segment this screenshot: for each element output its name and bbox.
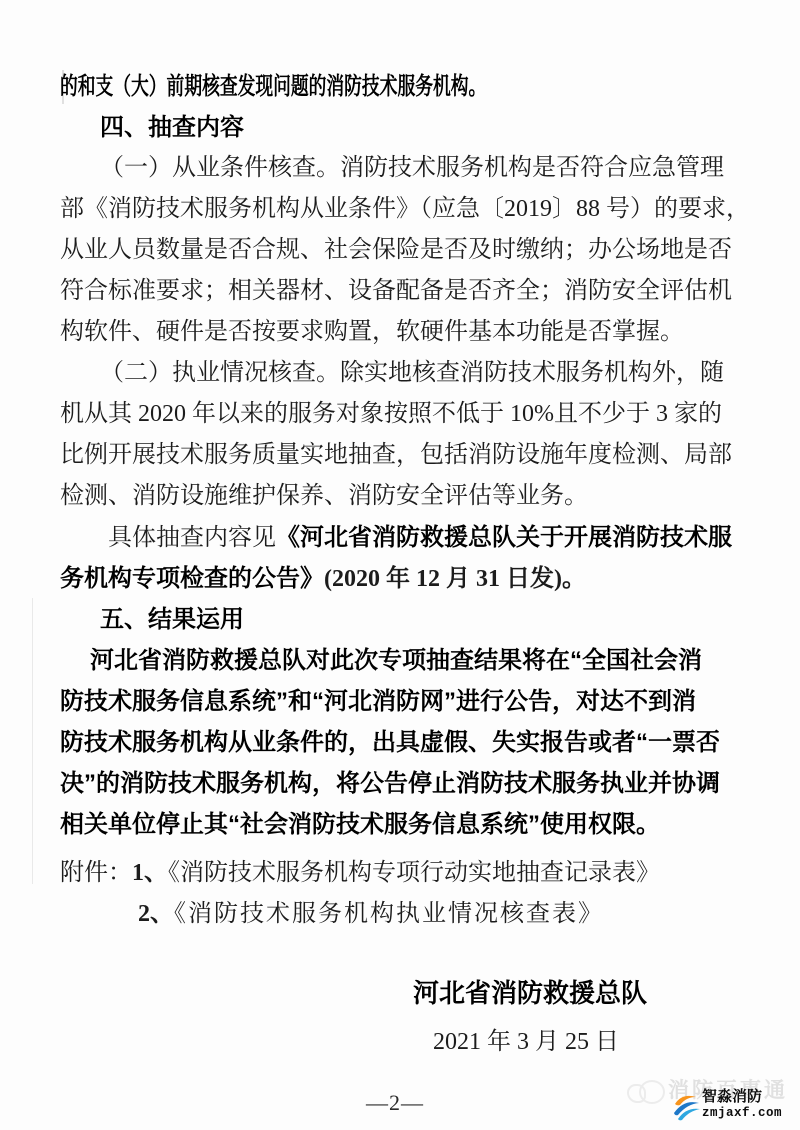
document-body: 的和支（大）前期核查发现问题的消防技术服务机构。 四、抽查内容 （一）从业条件核… bbox=[60, 66, 744, 1063]
body-line: 决”的消防技术服务机构，将公告停止消防技术服务执业并协调 bbox=[60, 763, 744, 804]
section-four-heading: 四、抽查内容 bbox=[60, 107, 744, 148]
body-line: 相关单位停止其“社会消防技术服务信息系统”使用权限。 bbox=[60, 804, 744, 845]
body-line: 从业人员数量是否合规、社会保险是否及时缴纳；办公场地是否 bbox=[60, 230, 744, 271]
section-five-heading: 五、结果运用 bbox=[60, 599, 744, 640]
notice-title-part2: 务机构专项检查的公告》 bbox=[60, 565, 324, 592]
body-line: 构软件、硬件是否按要求购置，软硬件基本功能是否掌握。 bbox=[60, 312, 744, 353]
body-line: 务机构专项检查的公告》(2020 年 12 月 31 日发)。 bbox=[60, 558, 744, 599]
attachments-line-2: 2、《消防技术服务机构执业情况核查表》 bbox=[60, 894, 744, 935]
brand-name-block: 智淼消防 zmjaxf.com bbox=[702, 1089, 782, 1121]
signature-date: 2021 年 3 月 25 日 bbox=[60, 1022, 744, 1063]
body-line: 部《消防技术服务机构从业条件》（应急〔2019〕88 号）的要求， bbox=[60, 189, 744, 230]
notice-title-part1: 《河北省消防救援总队关于开展消防技术服 bbox=[276, 524, 732, 551]
body-line: 防技术服务信息系统”和“河北消防网”进行公告，对达不到消 bbox=[60, 681, 744, 722]
attachment-title-2: 《消防技术服务机构执业情况核查表》 bbox=[174, 901, 604, 927]
signature-organization: 河北省消防救援总队 bbox=[60, 973, 744, 1014]
attachment-number-2: 2、 bbox=[138, 901, 174, 927]
brand-name: 智淼消防 bbox=[702, 1089, 782, 1105]
paragraph-continuation-line: 的和支（大）前期核查发现问题的消防技术服务机构。 bbox=[60, 66, 748, 107]
attachment-title-1: 《消防技术服务机构专项行动实地抽查记录表》 bbox=[168, 860, 660, 886]
body-line: 符合标准要求；相关器材、设备配备是否齐全；消防安全评估机 bbox=[60, 271, 744, 312]
body-line: 比例开展技术服务质量实地抽查，包括消防设施年度检测、局部 bbox=[60, 435, 744, 476]
body-line: 河北省消防救援总队对此次专项抽查结果将在“全国社会消 bbox=[60, 640, 744, 681]
attachment-number-1: 1、 bbox=[132, 860, 168, 886]
notice-date-note: (2020 年 12 月 31 日发)。 bbox=[324, 566, 586, 592]
body-line: 具体抽查内容见《河北省消防救援总队关于开展消防技术服 bbox=[60, 517, 744, 558]
body-line: 机从其 2020 年以来的服务对象按照不低于 10%且不少于 3 家的 bbox=[60, 394, 744, 435]
swoosh-logo-icon bbox=[672, 1092, 702, 1122]
brand-logo-area: 消防百事通 智淼消防 zmjaxf.com bbox=[626, 1070, 798, 1128]
document-page: 的和支（大）前期核查发现问题的消防技术服务机构。 四、抽查内容 （一）从业条件核… bbox=[0, 0, 800, 1130]
body-line: （二）执业情况核查。除实地核查消防技术服务机构外，随 bbox=[60, 353, 744, 394]
notice-lead-text: 具体抽查内容见 bbox=[108, 525, 276, 551]
body-line: 检测、消防设施维护保养、消防安全评估等业务。 bbox=[60, 476, 744, 517]
body-line: 防技术服务机构从业条件的，出具虚假、失实报告或者“一票否 bbox=[60, 722, 744, 763]
attachments-line-1: 附件：1、《消防技术服务机构专项行动实地抽查记录表》 bbox=[60, 853, 744, 894]
body-line: （一）从业条件核查。消防技术服务机构是否符合应急管理 bbox=[60, 148, 744, 189]
attachments-label: 附件： bbox=[60, 860, 132, 886]
panda-watermark-icon bbox=[627, 1076, 667, 1108]
scan-artifact-line bbox=[32, 598, 33, 884]
brand-site-url: zmjaxf.com bbox=[702, 1105, 782, 1121]
